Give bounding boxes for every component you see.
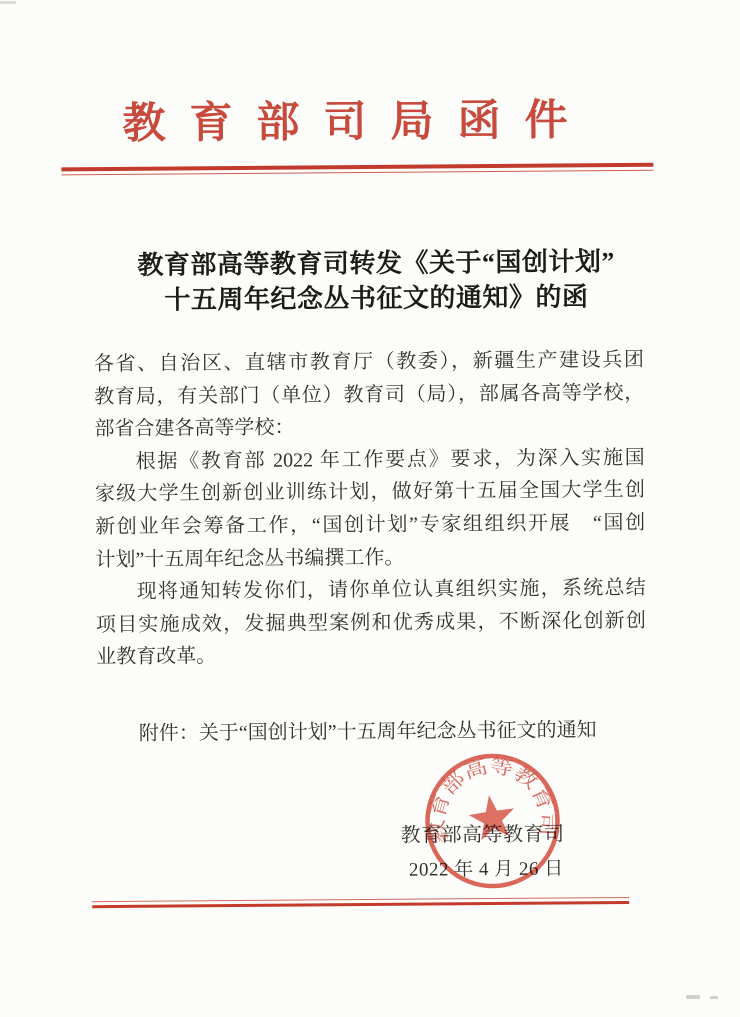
attachment-line: 附件：关于“国创计划”十五周年纪念丛书征文的通知	[97, 713, 657, 746]
body-line: 教育局，有关部门（单位）教育司（局），部属各高等学校，	[94, 376, 644, 413]
scanned-document-page: 教育部司局函件 教育部高等教育司转发《关于“国创计划” 十五周年纪念丛书征文的通…	[0, 0, 740, 1017]
body-line: 项目实施成效，发掘典型案例和优秀成果，不断深化创新创	[96, 605, 646, 642]
document-title: 教育部高等教育司转发《关于“国创计划” 十五周年纪念丛书征文的通知》的函	[6, 243, 740, 319]
star-icon	[466, 792, 517, 842]
footer-rule	[92, 897, 629, 908]
body-line: 各省、自治区、直辖市教育厅（教委），新疆生产建设兵团	[94, 344, 644, 381]
document-title-line-2: 十五周年纪念丛书征文的通知》的函	[6, 278, 740, 319]
body-line: 家级大学生创新创业训练计划，做好第十五届全国大学生创	[95, 474, 645, 511]
official-seal: 教育部高等教育司	[416, 745, 569, 896]
body-paragraphs: 各省、自治区、直辖市教育厅（教委），新疆生产建设兵团 教育局，有关部门（单位）教…	[94, 344, 647, 674]
letterhead-divider-rule	[61, 163, 653, 176]
letterhead-title: 教育部司局函件	[0, 85, 727, 152]
body-line: 计划”十五周年纪念丛书编撰工作。	[95, 539, 645, 576]
document-title-line-1: 教育部高等教育司转发《关于“国创计划”	[6, 243, 740, 284]
body-line: 部省合建各高等学校：	[94, 409, 644, 446]
scan-speck	[0, 1, 16, 4]
document-content: 教育部司局函件 教育部高等教育司转发《关于“国创计划” 十五周年纪念丛书征文的通…	[0, 0, 740, 1017]
scan-speck	[710, 996, 718, 999]
body-line: 根据《教育部 2022 年工作要点》要求，为深入实施国	[95, 442, 645, 479]
seal-arc-text: 教育部高等教育司	[425, 754, 559, 846]
scan-speck	[686, 995, 700, 999]
body-line: 新创业年会筹备工作，“国创计划”专家组组织开展 “国创	[95, 507, 645, 544]
body-line: 业教育改革。	[96, 637, 646, 674]
body-line: 现将通知转发你们，请你单位认真组织实施，系统总结	[96, 572, 646, 609]
svg-text:教育部高等教育司: 教育部高等教育司	[425, 754, 559, 846]
